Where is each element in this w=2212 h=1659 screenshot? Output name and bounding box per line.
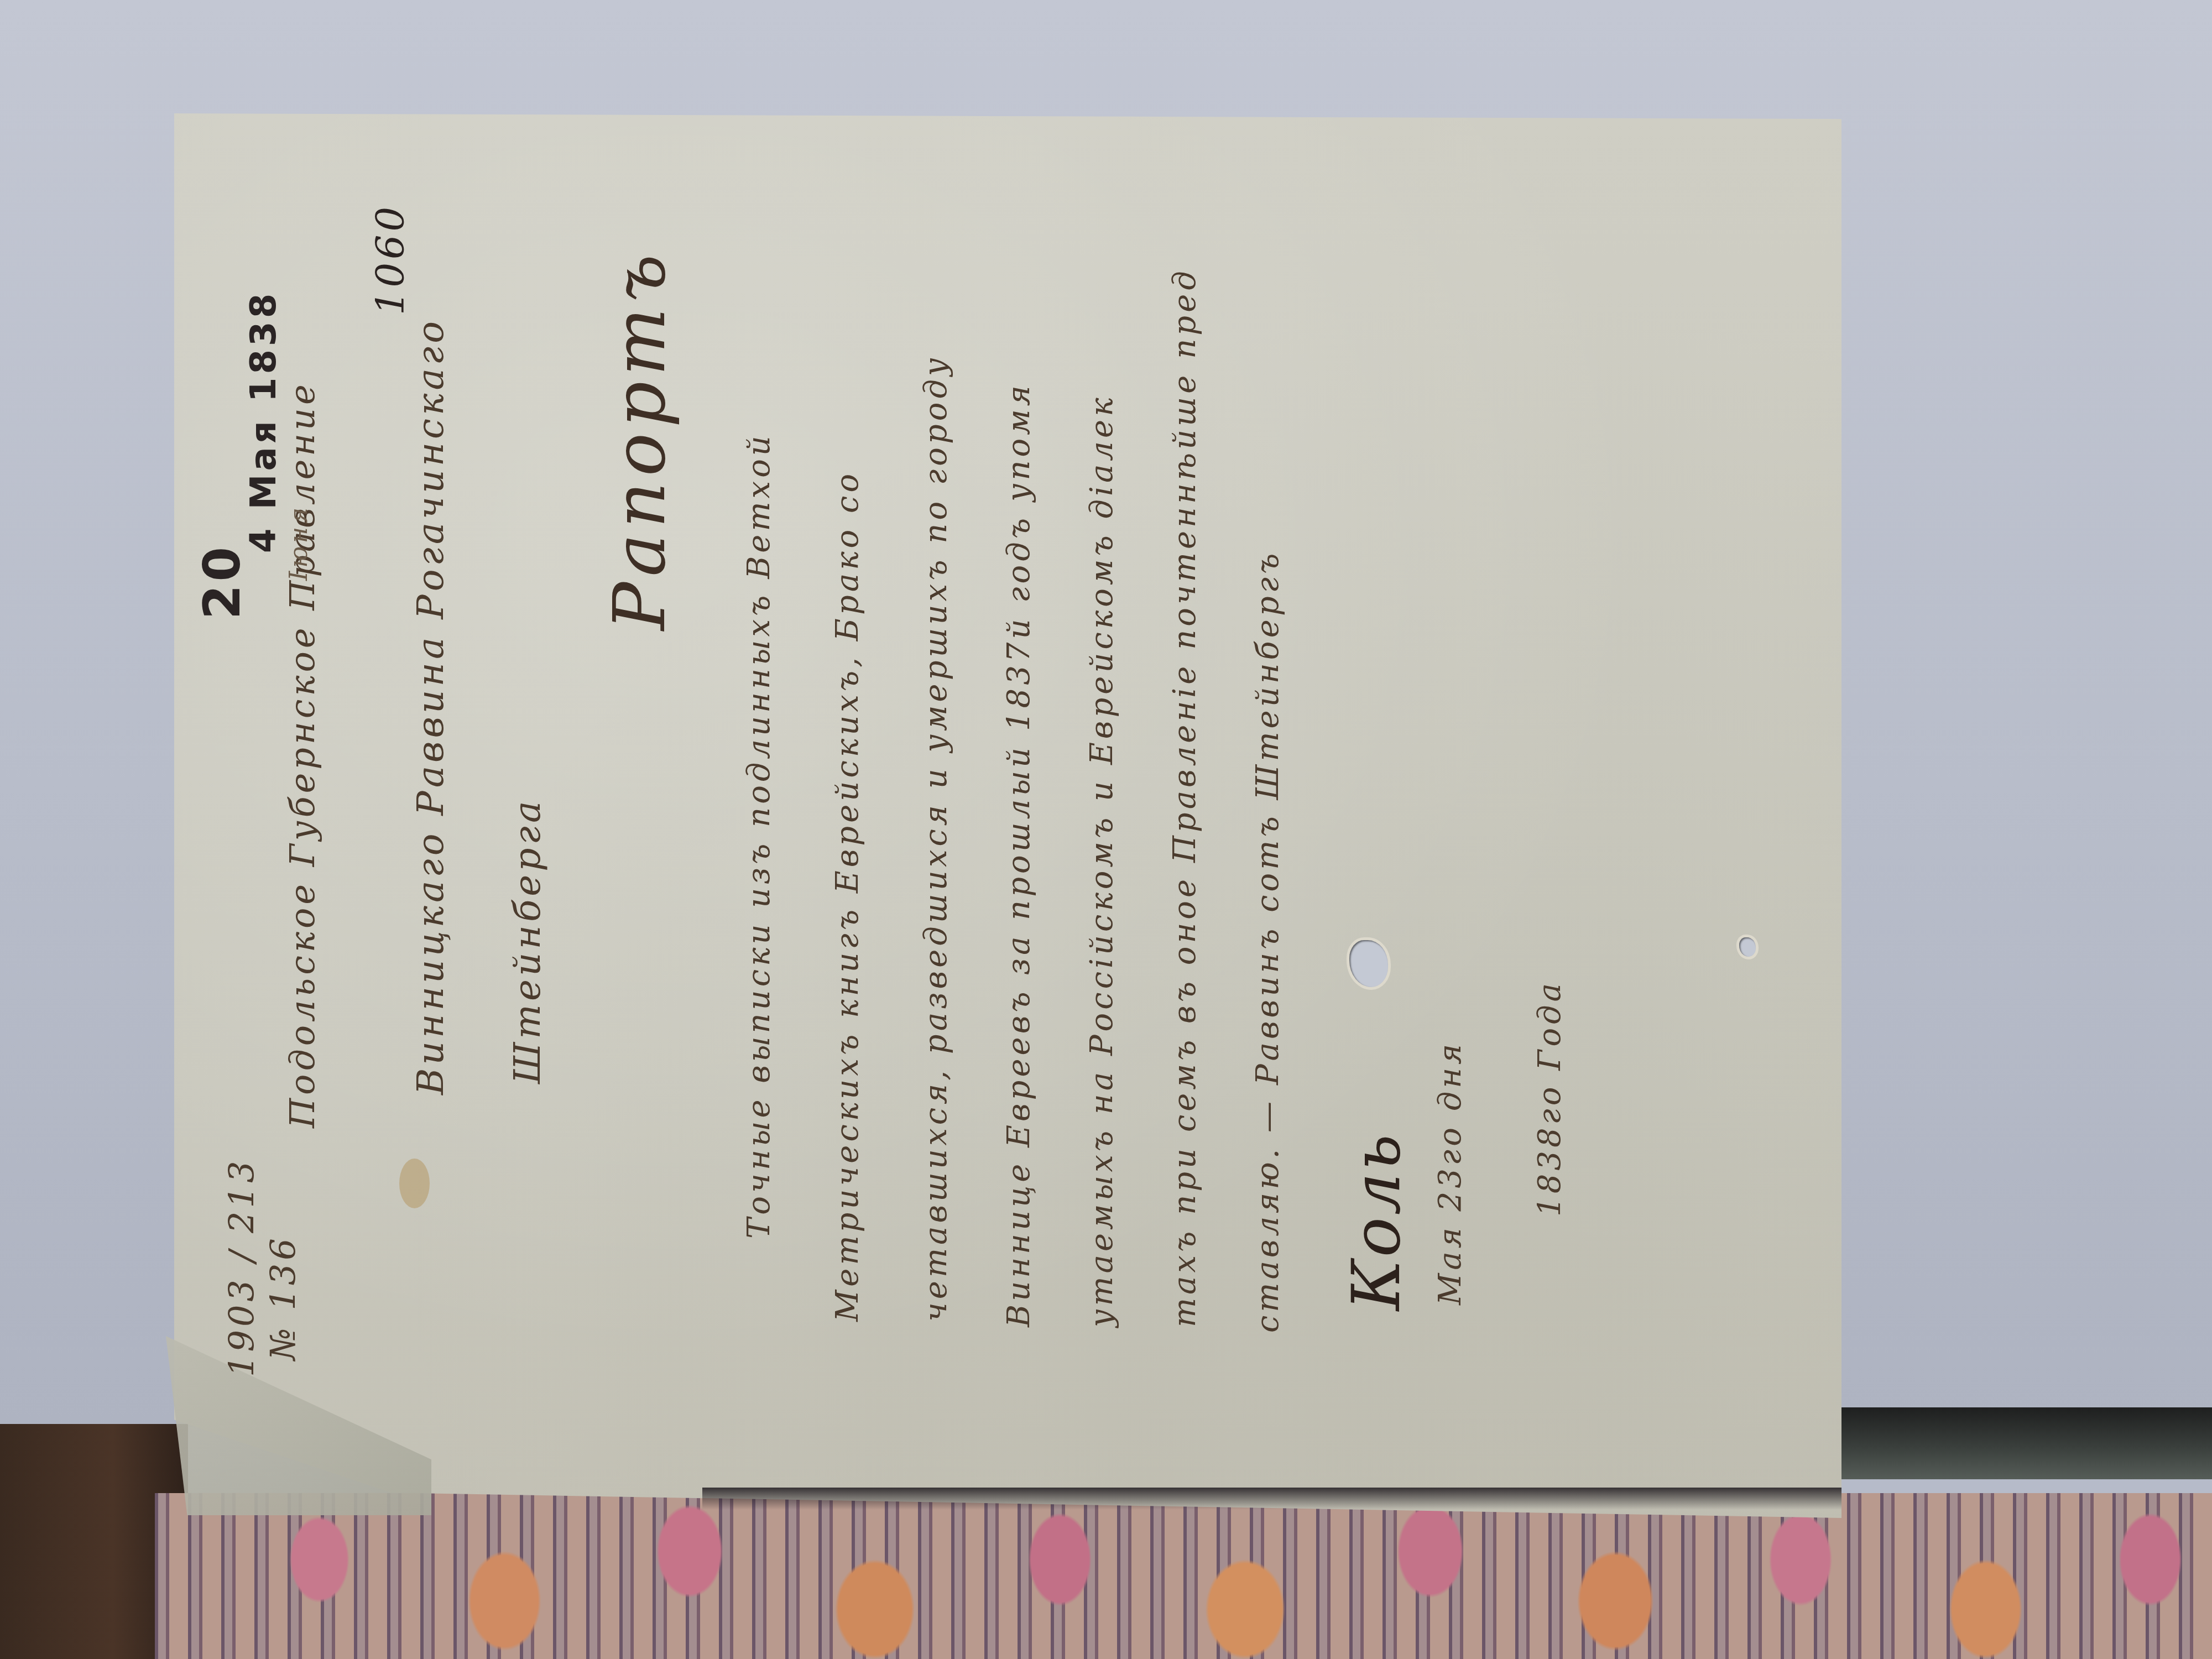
outgoing-number: 1060 bbox=[368, 204, 413, 315]
body-line: ставляю. — Раввинъ сотъ Штейнбергъ bbox=[1250, 550, 1286, 1333]
sender-line-1: Винницкаго Раввина Рогачинскаго bbox=[409, 318, 452, 1095]
sender-line-2: Штейнберга bbox=[506, 798, 549, 1084]
page-edge-shadow bbox=[702, 1488, 1841, 1510]
document-title: Рапортъ bbox=[597, 249, 681, 630]
body-line: тахъ при семъ въ оное Правленіе почтеннѣ… bbox=[1167, 268, 1203, 1327]
date-line-2: 1838го Года bbox=[1532, 980, 1568, 1217]
addressee-line: Подольское Губернское Правление bbox=[282, 381, 322, 1128]
body-line: утаемыхъ на Россійскомъ и Еврейскомъ діа… bbox=[1084, 394, 1120, 1327]
body-line: Точные выписки изъ подлинныхъ Ветхой bbox=[741, 432, 777, 1239]
signature: Коль bbox=[1338, 1132, 1415, 1311]
entry-number: № 136 bbox=[263, 1235, 303, 1360]
body-line: Виннице Евреевъ за прошлый 1837й годъ уп… bbox=[1001, 382, 1037, 1327]
body-line: Метрическихъ книгъ Еврейскихъ, Брако со bbox=[830, 471, 865, 1322]
marbled-book-cover bbox=[155, 1493, 2212, 1659]
shelf-gap-right bbox=[1836, 1407, 2212, 1479]
paper-stain bbox=[399, 1159, 430, 1208]
received-stamp-date: 4 Мая 1838 bbox=[243, 290, 284, 553]
stamp-note: Іюня bbox=[285, 504, 313, 581]
received-stamp-number: 20 bbox=[194, 544, 252, 619]
date-line-1: Мая 23го дня bbox=[1432, 1041, 1468, 1305]
registry-number: 1903 / 213 bbox=[221, 1158, 262, 1377]
body-line: четавшихся, разведшихся и умершихъ по го… bbox=[918, 355, 954, 1322]
